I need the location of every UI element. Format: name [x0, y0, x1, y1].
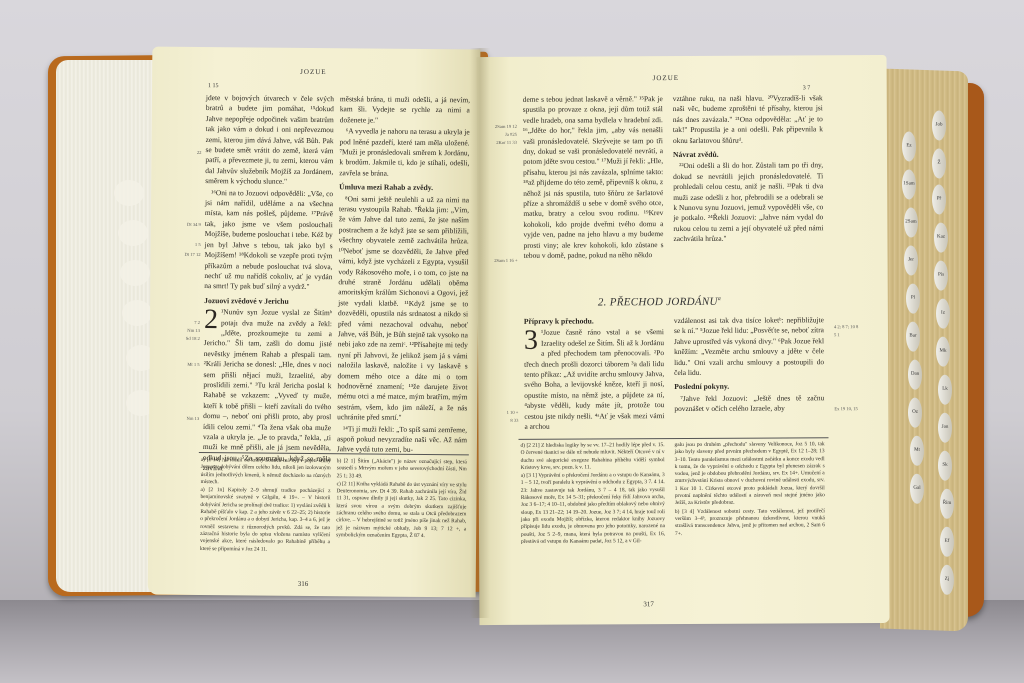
verse-paragraph: vztáhne ruku, na naši hlavu. ²⁰Vyzradíš-… — [673, 93, 823, 146]
thumb-tab-ghost — [120, 260, 150, 286]
thumb-tab[interactable]: Bar — [906, 321, 920, 351]
chapter-verse-ref: 3 7 — [803, 85, 811, 91]
thumb-tab[interactable]: Oz — [908, 397, 922, 427]
chapter-number: 2 — [204, 308, 218, 332]
footnote: a) [3 1] Vyprávění o překročení Jordánu … — [521, 472, 665, 546]
margin-ref: 2Kor 11 33 — [496, 139, 517, 146]
running-head: JOZUE — [300, 68, 326, 76]
chapter-number: 3 — [524, 329, 538, 353]
margin-ref: Ja #25 — [505, 131, 517, 138]
thumb-tab[interactable]: Pl — [906, 283, 920, 313]
footnotes-column-1: a) [1 14] Na rozdíl od knihy Soudců má b… — [200, 457, 331, 555]
margin-ref: Dt 17 12 — [184, 251, 200, 258]
footnote: b) [3 4] Vzdálenost sobotní cesty. Tato … — [675, 508, 825, 538]
verse-paragraph: ¹Nunův syn Jozue vyslal ze Šitímᵇ potajı… — [203, 307, 332, 472]
margin-cross-references: 8 33 — [480, 417, 518, 477]
margin-ref: 22 — [197, 149, 202, 156]
margin-ref: Sd 18 2 — [186, 335, 200, 342]
thumb-tab-ghost — [118, 220, 148, 246]
text-column-1b: Přípravy k přechodu. 3¹Jozue časně ráno … — [524, 316, 665, 433]
text-column-2: městská brána, ti muži odešli, a já neví… — [337, 94, 470, 457]
footnote-marker: a — [718, 296, 721, 302]
section-heading: Jozuovi zvědové v Jerichu — [204, 296, 332, 308]
section-title-text: 2. PŘECHOD JORDÁNU — [598, 296, 718, 309]
text-column-2b: vzdálenost asi tak dva tisíce loketᵇ: ne… — [674, 315, 825, 415]
thumb-tab[interactable]: 1Sam — [902, 169, 916, 199]
thumb-tab-ghost — [114, 180, 144, 206]
margin-ref: 8 33 — [510, 417, 518, 424]
verse-paragraph: ⁶A vyvedla je nahoru na terasu a ukryla … — [339, 126, 469, 179]
verse-paragraph: vzdálenost asi tak dva tisíce loketᵇ: ne… — [674, 315, 824, 378]
right-page: JOZUE 3 7 2Sam 19 12 Ja #25 2Kor 11 33 2… — [477, 55, 890, 625]
section-heading: Úmluva mezi Rahab a zvědy. — [339, 182, 469, 194]
section-heading: Přípravy k přechodu. — [524, 316, 664, 327]
thumb-tab[interactable]: Zj — [940, 565, 954, 595]
left-page: JOZUE 1 15 22 Dt 34 9 1 5 Dt 17 12 7 2 N… — [148, 47, 481, 598]
page-number: 316 — [298, 580, 309, 588]
section-title: 2. PŘECHOD JORDÁNUa — [598, 296, 721, 309]
margin-cross-references: 2Sam 19 12 Ja #25 2Kor 11 33 2Sam 1 16 +… — [479, 117, 519, 417]
margin-ref: Nm 13 — [187, 327, 200, 334]
verse-paragraph: ⁸Oni sami ještě neulehli a už za nimi na… — [337, 194, 469, 424]
margin-ref: Mt 1 5 — [187, 361, 199, 368]
footnotes-column-2: galu jsou po druhém „přechodu" slaveny V… — [675, 441, 826, 539]
thumb-tab[interactable]: Ez — [902, 131, 916, 161]
margin-ref: 7 2 — [194, 319, 200, 326]
thumb-tab[interactable]: Gal — [910, 474, 924, 504]
footnote: a) [1 14] Na rozdíl od knihy Soudců má b… — [201, 457, 331, 487]
thumb-tab[interactable]: Sk — [938, 450, 952, 480]
margin-ref: 2Sam 19 12 — [495, 123, 517, 130]
thumb-tab[interactable]: Ef — [940, 527, 954, 557]
margin-ref: 4 2; 8 7; 10 8 — [834, 323, 858, 330]
verse-paragraph: jdete v bojových útvarech v čele svých b… — [205, 93, 334, 188]
chapter-verse-ref: 1 15 — [208, 83, 219, 89]
thumb-tab[interactable]: Př — [932, 184, 946, 214]
verse-paragraph: deme s tebou jednat laskavě a věrně." ¹⁵… — [523, 94, 664, 261]
footnote: b) [2 1] Šitím („Akácie") je název označ… — [337, 458, 467, 481]
thumb-tab[interactable]: Jer — [904, 245, 918, 275]
footnotes-column-1: d) [2 21] Z hlediska logiky by se vv. 17… — [521, 442, 666, 547]
outer-margin-cross-references: 4 2; 8 7; 10 8 5 1 Ex 19 10, 15 — [833, 115, 887, 415]
footnote: a) [2 1n] Kapitoly 2–9 shrnují tradice p… — [200, 487, 331, 554]
margin-ref: 1 10 + — [507, 409, 519, 416]
thumb-tab[interactable]: Mk — [936, 336, 950, 366]
footnotes-column-2: b) [2 1] Šitím („Akácie") je název označ… — [336, 458, 467, 541]
verse-paragraph: ⁷Jahve řekl Jozuovi: „Ještě dnes tě začn… — [674, 393, 824, 415]
verse-paragraph: ¹⁶Oni na to Jozuovi odpověděli: „Vše, co… — [204, 188, 333, 293]
thumb-tab[interactable]: Job — [932, 110, 946, 140]
page-stack-right-gilt: Job Ž Př Kaz Pís Iz Mk Lk Jan Sk Řím Ef … — [880, 68, 968, 631]
thumb-tab[interactable]: Pís — [934, 260, 948, 290]
verse-paragraph: městská brána, ti muži odešli, a já neví… — [340, 94, 470, 126]
margin-ref: 1 5 — [195, 241, 201, 248]
margin-ref: Ex 19 10, 15 — [834, 405, 858, 412]
text-column-1: deme s tebou jednat laskavě a věrně." ¹⁵… — [523, 94, 664, 262]
margin-ref: 5 1 — [834, 331, 840, 338]
footnote: c) [2 11] Kniha vykládá Rahabě do úst vy… — [336, 481, 467, 541]
page-number: 317 — [643, 600, 654, 608]
text-column-2: vztáhne ruku, na naši hlavu. ²⁰Vyzradíš-… — [673, 93, 824, 245]
running-head: JOZUE — [653, 74, 679, 82]
section-heading: Návrat zvědů. — [673, 149, 823, 160]
thumb-tab-ghost — [122, 300, 152, 326]
margin-ref: Dt 34 9 — [187, 221, 201, 228]
margin-ref: 2Sam 1 16 + — [494, 257, 517, 264]
thumb-tab[interactable]: Lk — [938, 374, 952, 404]
thumb-tab[interactable]: Ž — [932, 148, 946, 178]
footnote: galu jsou po druhém „přechodu" slaveny V… — [675, 441, 825, 507]
section-heading: Poslední pokyny. — [674, 382, 824, 393]
thumb-tab[interactable]: Kaz — [934, 222, 948, 252]
text-column-1: jdete v bojových útvarech v čele svých b… — [203, 93, 334, 476]
thumb-tab[interactable]: Mt — [910, 436, 924, 466]
verse-paragraph: ¹⁴Ti jí muži řekli: „To spíš sami zemřem… — [337, 424, 467, 456]
thumb-tab[interactable]: Jan — [938, 412, 952, 442]
thumb-tab[interactable]: Iz — [936, 298, 950, 328]
margin-ref: Nm 13 — [186, 415, 199, 422]
footnote-divider — [519, 437, 829, 440]
footnote: d) [2 21] Z hlediska logiky by se vv. 17… — [521, 442, 665, 472]
verse-paragraph: ²²Oni odešli a šli do hor. Zůstali tam p… — [673, 161, 823, 245]
verse-paragraph: ¹Jozue časně ráno vstal a se všemi Izrae… — [524, 328, 664, 431]
thumb-tab[interactable]: Dan — [908, 359, 922, 389]
margin-cross-references: 22 Dt 34 9 1 5 Dt 17 12 7 2 Nm 13 Sd 18 … — [149, 87, 202, 447]
thumb-tab[interactable]: Řím — [940, 489, 954, 519]
thumb-tab[interactable]: 2Sam — [904, 207, 918, 237]
